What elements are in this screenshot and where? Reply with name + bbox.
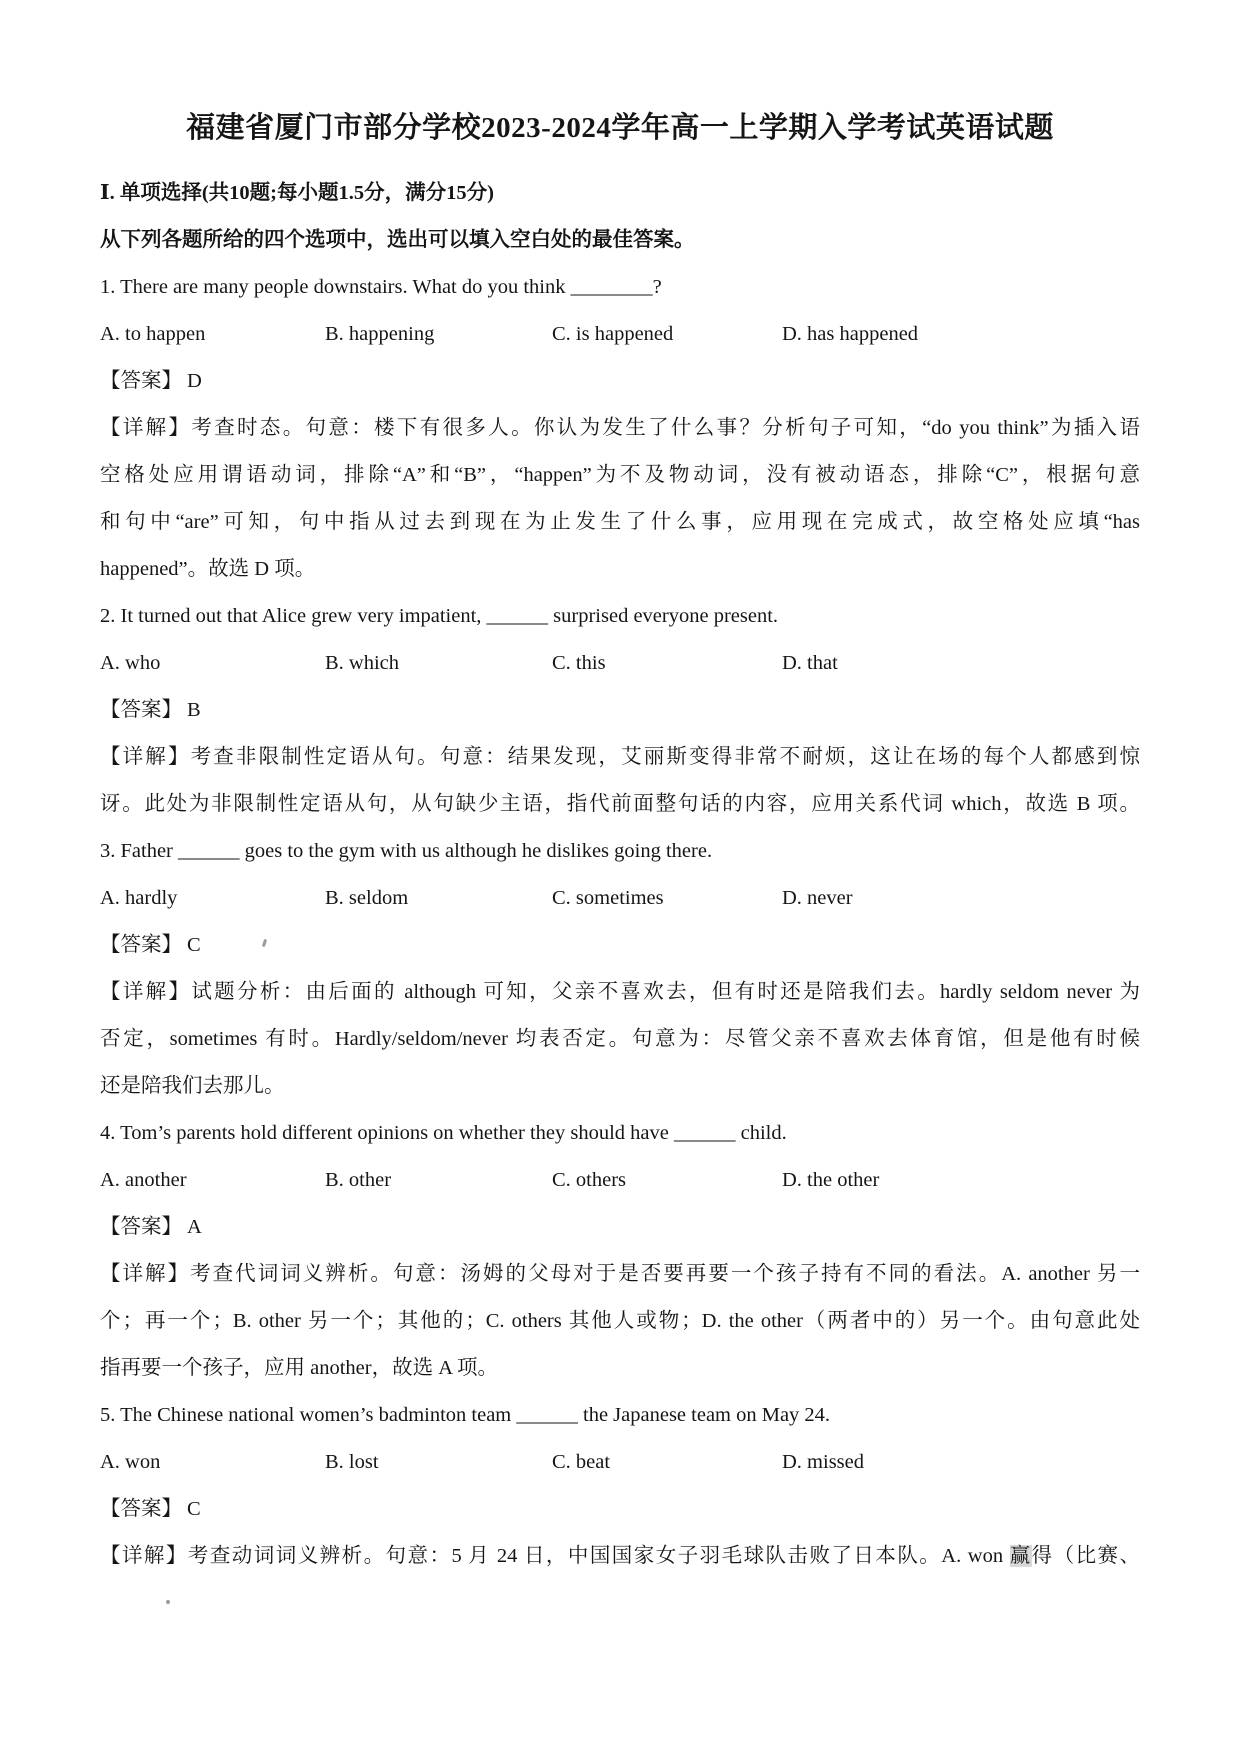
option-a: A. another [100, 1157, 325, 1204]
option-c: C. sometimes [552, 875, 782, 922]
option-b: B. lost [325, 1439, 552, 1486]
option-d: D. never [782, 875, 1140, 922]
options-row: A. who B. which C. this D. that [100, 640, 1140, 687]
question-block-1: 1. There are many people downstairs. Wha… [100, 264, 1140, 593]
question-text: 2. It turned out that Alice grew very im… [100, 593, 1140, 640]
page-title: 福建省厦门市部分学校2023-2024学年高一上学期入学考试英语试题 [100, 106, 1140, 150]
explanation-line: 还是陪我们去那儿。 [100, 1063, 1140, 1110]
option-b: B. happening [325, 311, 552, 358]
options-row: A. another B. other C. others D. the oth… [100, 1157, 1140, 1204]
explain-label: 【详解】 [100, 1263, 190, 1285]
option-b: B. which [325, 640, 552, 687]
answer-value: A [187, 1216, 202, 1238]
option-b: B. other [325, 1157, 552, 1204]
scan-speck [166, 1600, 170, 1604]
explanation-line: 个；再一个；B. other 另一个；其他的；C. others 其他人或物；D… [100, 1298, 1140, 1345]
explanation-line: 【详解】考查动词词义辨析。句意：5 月 24 日，中国国家女子羽毛球队击败了日本… [100, 1533, 1140, 1580]
explain-label: 【详解】 [100, 981, 191, 1003]
explanation-text: 考查代词词义辨析。句意：汤姆的父母对于是否要再要一个孩子持有不同的看法。A. a… [190, 1263, 1140, 1285]
answer-value: B [187, 699, 201, 721]
answer-line: 【答案】C [100, 922, 1140, 969]
options-row: A. won B. lost C. beat D. missed [100, 1439, 1140, 1486]
option-c: C. beat [552, 1439, 782, 1486]
option-d: D. the other [782, 1157, 1140, 1204]
explanation-text: 考查动词词义辨析。句意：5 月 24 日，中国国家女子羽毛球队击败了日本队。A.… [188, 1545, 1010, 1567]
answer-line: 【答案】A [100, 1204, 1140, 1251]
answer-line: 【答案】C [100, 1486, 1140, 1533]
question-block-2: 2. It turned out that Alice grew very im… [100, 593, 1140, 828]
option-d: D. missed [782, 1439, 1140, 1486]
question-text: 4. Tom’s parents hold different opinions… [100, 1110, 1140, 1157]
answer-label: 【答案】 [100, 699, 182, 721]
option-c: C. this [552, 640, 782, 687]
explanation-line: 空格处应用谓语动词，排除“A”和“B”，“happen”为不及物动词，没有被动语… [100, 452, 1140, 499]
explanation-text: 试题分析：由后面的 although 可知，父亲不喜欢去，但有时还是陪我们去。h… [191, 981, 1140, 1003]
answer-value: C [187, 934, 201, 956]
section-instruction: 从下列各题所给的四个选项中，选出可以填入空白处的最佳答案。 [100, 217, 1140, 264]
explanation-text: 考查时态。句意：楼下有很多人。你认为发生了什么事？分析句子可知，“do you … [191, 417, 1140, 439]
explanation-line: 【详解】考查时态。句意：楼下有很多人。你认为发生了什么事？分析句子可知，“do … [100, 405, 1140, 452]
question-text: 5. The Chinese national women’s badminto… [100, 1392, 1140, 1439]
option-c: C. others [552, 1157, 782, 1204]
exam-page: 福建省厦门市部分学校2023-2024学年高一上学期入学考试英语试题 Ⅰ. 单项… [0, 0, 1240, 1754]
options-row: A. hardly B. seldom C. sometimes D. neve… [100, 875, 1140, 922]
question-block-3: 3. Father ______ goes to the gym with us… [100, 828, 1140, 1110]
explanation-line: 【详解】试题分析：由后面的 although 可知，父亲不喜欢去，但有时还是陪我… [100, 969, 1140, 1016]
section-heading: Ⅰ. 单项选择(共10题;每小题1.5分，满分15分) [100, 170, 1140, 217]
option-d: D. has happened [782, 311, 1140, 358]
explanation-text: 得（比赛、 [1032, 1545, 1140, 1567]
explanation-line: happened”。故选 D 项。 [100, 546, 1140, 593]
explain-label: 【详解】 [100, 1545, 188, 1567]
answer-line: 【答案】D [100, 358, 1140, 405]
explanation-line: 否定，sometimes 有时。Hardly/seldom/never 均表否定… [100, 1016, 1140, 1063]
answer-value: D [187, 370, 202, 392]
option-a: A. to happen [100, 311, 325, 358]
explanation-line: 讶。此处为非限制性定语从句，从句缺少主语，指代前面整句话的内容，应用关系代词 w… [100, 781, 1140, 828]
explanation-line: 【详解】考查代词词义辨析。句意：汤姆的父母对于是否要再要一个孩子持有不同的看法。… [100, 1251, 1140, 1298]
option-a: A. hardly [100, 875, 325, 922]
answer-label: 【答案】 [100, 370, 182, 392]
question-text: 1. There are many people downstairs. Wha… [100, 264, 1140, 311]
answer-value: C [187, 1498, 201, 1520]
explain-label: 【详解】 [100, 746, 191, 768]
options-row: A. to happen B. happening C. is happened… [100, 311, 1140, 358]
option-a: A. won [100, 1439, 325, 1486]
question-block-4: 4. Tom’s parents hold different opinions… [100, 1110, 1140, 1392]
question-text: 3. Father ______ goes to the gym with us… [100, 828, 1140, 875]
option-d: D. that [782, 640, 1140, 687]
option-c: C. is happened [552, 311, 782, 358]
question-block-5: 5. The Chinese national women’s badminto… [100, 1392, 1140, 1580]
answer-label: 【答案】 [100, 1216, 182, 1238]
answer-line: 【答案】B [100, 687, 1140, 734]
option-b: B. seldom [325, 875, 552, 922]
answer-label: 【答案】 [100, 934, 182, 956]
explanation-line: 指再要一个孩子，应用 another，故选 A 项。 [100, 1345, 1140, 1392]
explanation-line: 和句中“are”可知，句中指从过去到现在为止发生了什么事，应用现在完成式，故空格… [100, 499, 1140, 546]
answer-label: 【答案】 [100, 1498, 182, 1520]
option-a: A. who [100, 640, 325, 687]
explanation-line: 【详解】考查非限制性定语从句。句意：结果发现，艾丽斯变得非常不耐烦，这让在场的每… [100, 734, 1140, 781]
explanation-text: 考查非限制性定语从句。句意：结果发现，艾丽斯变得非常不耐烦，这让在场的每个人都感… [191, 746, 1140, 768]
highlighted-char: 赢 [1010, 1545, 1032, 1567]
explain-label: 【详解】 [100, 417, 191, 439]
